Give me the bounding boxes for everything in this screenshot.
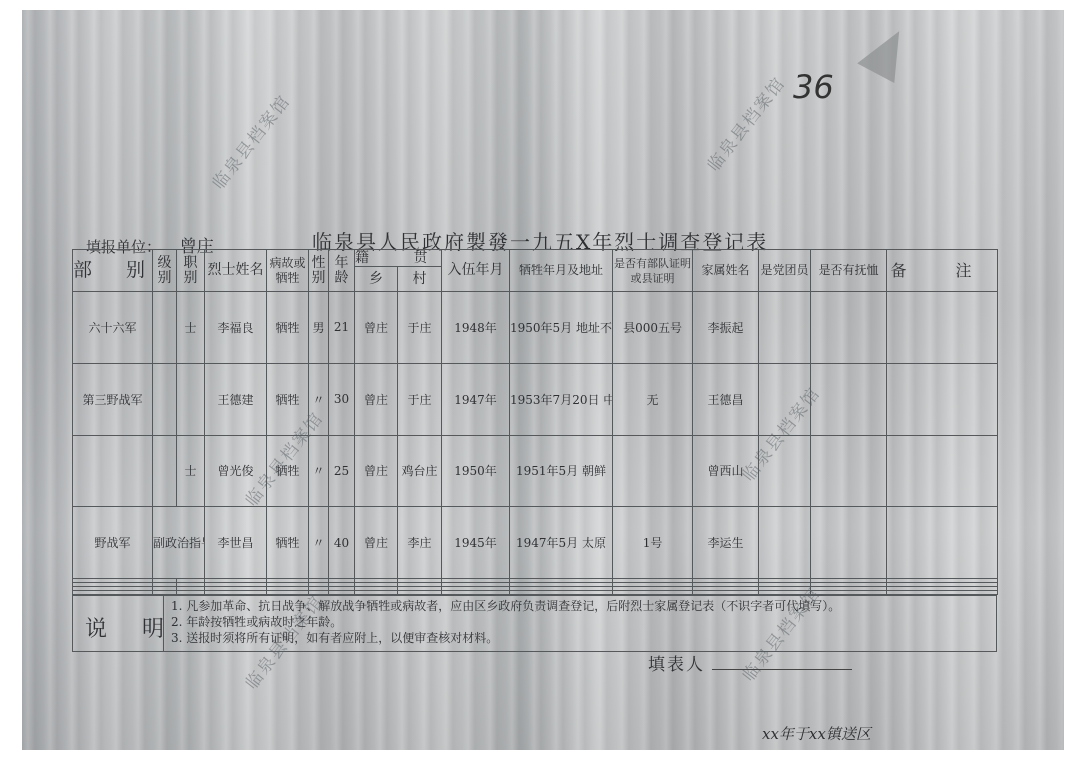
cell-sex: 〃 xyxy=(309,435,329,507)
note-line-1: 1. 凡参加革命、抗日战争、解放战争牺牲或病故者，应由区乡政府负责调查登记，后附… xyxy=(171,598,840,614)
table-row: 六十六军 士 李福良 牺牲 男 21 曾庄 于庄 1948年 1950年5月 地… xyxy=(73,292,998,364)
col-header-family: 家属姓名 xyxy=(693,250,759,292)
cell-rank xyxy=(153,435,177,507)
header-row: 部 别 级别 职别 烈士姓名 病故或牺牲 性别 年龄 籍 贯 入伍年月 牺牲年月… xyxy=(73,250,998,267)
cell-position: 士 xyxy=(177,435,205,507)
cell-empty xyxy=(267,590,309,594)
cell-certificate: 县000五号 xyxy=(613,292,693,364)
cell-name: 李世昌 xyxy=(205,507,267,579)
col-header-position: 职别 xyxy=(177,250,205,292)
cell-remarks xyxy=(887,435,998,507)
notes-text: 1. 凡参加革命、抗日战争、解放战争牺牲或病故者，应由区乡政府负责调查登记，后附… xyxy=(171,598,840,646)
col-header-certificate: 是否有部队证明或县证明 xyxy=(613,250,693,292)
cell-party xyxy=(759,292,811,364)
col-header-pension: 是否有抚恤 xyxy=(811,250,887,292)
form-filler-label: 填表人 xyxy=(648,650,705,675)
cell-remarks xyxy=(887,292,998,364)
cell-rank xyxy=(153,292,177,364)
cell-unit: 第三野战军 xyxy=(73,363,153,435)
notes-divider xyxy=(163,596,164,651)
col-header-township: 乡 xyxy=(355,267,398,292)
cell-name: 李福良 xyxy=(205,292,267,364)
cell-certificate xyxy=(613,435,693,507)
col-header-age: 年龄 xyxy=(329,250,355,292)
cell-empty xyxy=(177,590,205,594)
note-line-3: 3. 送报时须将所有证明，如有者应附上，以便审查核对材料。 xyxy=(171,630,840,646)
col-header-rank: 级别 xyxy=(153,250,177,292)
notes-section: 说 明 1. 凡参加革命、抗日战争、解放战争牺牲或病故者，应由区乡政府负责调查登… xyxy=(72,595,997,652)
col-header-enlist-date: 入伍年月 xyxy=(442,250,510,292)
col-header-death-date-place: 牺牲年月及地址 xyxy=(510,250,613,292)
cell-age: 30 xyxy=(329,363,355,435)
table-row: 第三野战军 王德建 牺牲 〃 30 曾庄 于庄 1947年 1953年7月20日… xyxy=(73,363,998,435)
cell-position xyxy=(177,363,205,435)
cell-township: 曾庄 xyxy=(355,507,398,579)
cell-certificate: 无 xyxy=(613,363,693,435)
cell-empty xyxy=(759,590,811,594)
col-header-remarks: 备 注 xyxy=(887,250,998,292)
cell-pension xyxy=(811,363,887,435)
cell-name: 王德建 xyxy=(205,363,267,435)
martyr-registration-table: 部 别 级别 职别 烈士姓名 病故或牺牲 性别 年龄 籍 贯 入伍年月 牺牲年月… xyxy=(72,249,998,595)
table-row: 野战军 副政治指导员 李世昌 牺牲 〃 40 曾庄 李庄 1945年 1947年… xyxy=(73,507,998,579)
cell-empty xyxy=(811,590,887,594)
cell-party xyxy=(759,435,811,507)
cell-unit: 野战军 xyxy=(73,507,153,579)
cell-pension xyxy=(811,507,887,579)
cell-position: 副政治指导员 xyxy=(153,507,205,579)
cell-enlist-date: 1948年 xyxy=(442,292,510,364)
col-header-village: 村 xyxy=(398,267,442,292)
cell-enlist-date: 1945年 xyxy=(442,507,510,579)
cell-empty xyxy=(510,590,613,594)
cell-position: 士 xyxy=(177,292,205,364)
cell-family: 曾西山 xyxy=(693,435,759,507)
cell-family: 李运生 xyxy=(693,507,759,579)
cell-township: 曾庄 xyxy=(355,292,398,364)
cell-family: 李振起 xyxy=(693,292,759,364)
table-row: 士 曾光俊 牺牲 〃 25 曾庄 鸡台庄 1950年 1951年5月 朝鲜 曾西… xyxy=(73,435,998,507)
cell-cause: 牺牲 xyxy=(267,292,309,364)
cell-sex: 〃 xyxy=(309,507,329,579)
cell-unit xyxy=(73,435,153,507)
page-number: 36 xyxy=(793,68,834,106)
cell-rank xyxy=(153,363,177,435)
cell-sex: 男 xyxy=(309,292,329,364)
cell-death-date-place: 1950年5月 地址不详 xyxy=(510,292,613,364)
cell-age: 21 xyxy=(329,292,355,364)
cell-age: 40 xyxy=(329,507,355,579)
cell-village: 于庄 xyxy=(398,292,442,364)
cell-empty xyxy=(398,590,442,594)
cell-death-date-place: 1947年5月 太原 xyxy=(510,507,613,579)
cell-remarks xyxy=(887,363,998,435)
col-header-name: 烈士姓名 xyxy=(205,250,267,292)
cell-village: 于庄 xyxy=(398,363,442,435)
cell-certificate: 1号 xyxy=(613,507,693,579)
cell-remarks xyxy=(887,507,998,579)
cell-empty xyxy=(613,590,693,594)
cell-sex: 〃 xyxy=(309,363,329,435)
cell-enlist-date: 1950年 xyxy=(442,435,510,507)
cell-pension xyxy=(811,435,887,507)
sender-note: xx年于xx镇送区 xyxy=(762,723,871,744)
col-header-unit: 部 别 xyxy=(73,250,153,292)
notes-label: 说 明 xyxy=(85,612,178,643)
cell-empty xyxy=(329,590,355,594)
signature-line xyxy=(712,669,852,670)
cell-family: 王德昌 xyxy=(693,363,759,435)
col-header-cause: 病故或牺牲 xyxy=(267,250,309,292)
cell-township: 曾庄 xyxy=(355,435,398,507)
note-line-2: 2. 年龄按牺牲或病故时之年龄。 xyxy=(171,614,840,630)
cell-pension xyxy=(811,292,887,364)
cell-empty xyxy=(887,590,998,594)
cell-death-date-place: 1953年7月20日 中由县 xyxy=(510,363,613,435)
cell-name: 曾光俊 xyxy=(205,435,267,507)
col-header-party: 是党团员 xyxy=(759,250,811,292)
table-row-empty xyxy=(73,590,998,594)
col-header-sex: 性别 xyxy=(309,250,329,292)
cell-cause: 牺牲 xyxy=(267,363,309,435)
cell-unit: 六十六军 xyxy=(73,292,153,364)
cell-death-date-place: 1951年5月 朝鲜 xyxy=(510,435,613,507)
cell-party xyxy=(759,507,811,579)
cell-cause: 牺牲 xyxy=(267,507,309,579)
cell-age: 25 xyxy=(329,435,355,507)
cell-village: 李庄 xyxy=(398,507,442,579)
cell-enlist-date: 1947年 xyxy=(442,363,510,435)
cell-cause: 牺牲 xyxy=(267,435,309,507)
cell-empty xyxy=(309,590,329,594)
cell-empty xyxy=(205,590,267,594)
cell-empty xyxy=(355,590,398,594)
cell-village: 鸡台庄 xyxy=(398,435,442,507)
cell-township: 曾庄 xyxy=(355,363,398,435)
cell-empty xyxy=(693,590,759,594)
col-header-native-place: 籍 贯 xyxy=(355,250,442,267)
cell-empty xyxy=(73,590,153,594)
cell-party xyxy=(759,363,811,435)
cell-empty xyxy=(153,590,177,594)
cell-empty xyxy=(442,590,510,594)
